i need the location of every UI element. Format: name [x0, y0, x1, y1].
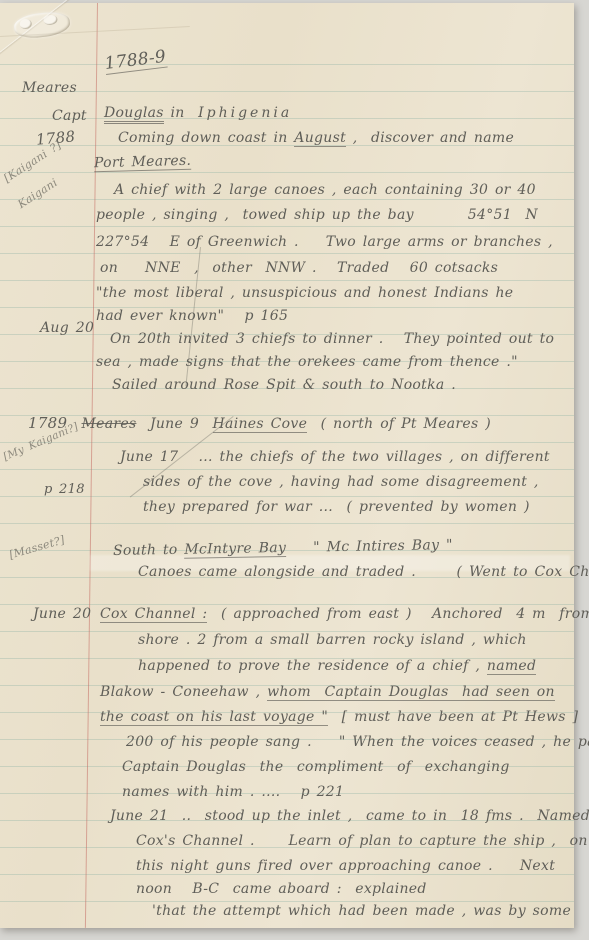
line-coming-down-coast: Coming down coast in August , discover a…	[118, 131, 514, 146]
line-text: noon B-C came aboard : explained	[136, 881, 427, 897]
margin-note-meares: Meares	[22, 81, 77, 96]
line-text: ( approached from east ) Anchored 4 m fr…	[207, 606, 589, 622]
line-text: Captain Douglas the compliment of exchan…	[122, 759, 510, 775]
line-june17-chiefs: June 17 ... the chiefs of the two villag…	[120, 450, 550, 465]
line-text: Canoes came alongside and traded . ( Wen…	[138, 564, 589, 580]
line-rocky-island: shore . 2 from a small barren rocky isla…	[138, 633, 527, 648]
photographed-note-page: Meares Capt 1788 [Kaigani ?] Kaigani Aug…	[0, 0, 589, 940]
line-coordinates: 227°54 E of Greenwich . Two large arms o…	[96, 235, 553, 250]
line-canoes-traded: Canoes came alongside and traded . ( Wen…	[138, 565, 589, 580]
margin-note-text: June 20	[33, 606, 91, 622]
emboss-bump	[43, 14, 58, 26]
line-text: in	[164, 105, 198, 121]
name-douglas: Douglas	[104, 105, 164, 124]
line-june17-war: they prepared for war ... ( prevented by…	[143, 500, 530, 515]
ship-iphigenia: Iphigenia	[198, 105, 292, 121]
place-port-meares: Port Meares.	[94, 153, 192, 173]
line-blakow-coneehaw: Blakow - Coneehaw , whom Captain Douglas…	[100, 685, 555, 700]
line-guns-fired: this night guns fired over approaching c…	[136, 859, 555, 874]
bracket-note-pt-hews: [ must have been at Pt Hews ]	[328, 709, 578, 725]
line-text: sea , made signs that the orekees came f…	[96, 354, 518, 370]
line-made-signs: sea , made signs that the orekees came f…	[96, 355, 518, 370]
line-text: people , singing , towed ship up the bay…	[96, 207, 538, 223]
line-capt-douglas: Douglas in Iphigenia	[104, 106, 292, 121]
line-quote-known-p165: had ever known" p 165	[96, 309, 288, 324]
line-attempt-made: 'that the attempt which had been made , …	[152, 904, 571, 919]
line-came-aboard: noon B-C came aboard : explained	[136, 882, 427, 897]
line-text: Cox's Channel . Learn of plan to capture…	[136, 833, 588, 849]
line-text: June 17 ... the chiefs of the two villag…	[120, 449, 550, 465]
place-mcintyre-bay: McIntyre Bay	[184, 540, 286, 559]
margin-note-aug-20: Aug 20	[40, 321, 94, 336]
line-port-meares: Port Meares.	[94, 154, 192, 172]
line-text: 227°54 E of Greenwich . Two large arms o…	[96, 234, 553, 250]
line-text: ( north of Pt Meares )	[307, 416, 491, 432]
line-text: " Mc Intires Bay "	[286, 537, 453, 556]
line-text: shore . 2 from a small barren rocky isla…	[138, 632, 527, 648]
line-last-voyage: the coast on his last voyage " [ must ha…	[100, 710, 578, 725]
place-cox-channel: Cox Channel :	[100, 606, 207, 623]
paper-sheet: Meares Capt 1788 [Kaigani ?] Kaigani Aug…	[0, 3, 574, 928]
line-text: On 20th invited 3 chiefs to dinner . The…	[110, 331, 554, 347]
margin-note-text: Meares	[22, 80, 77, 96]
margin-note-capt: Capt	[52, 109, 87, 124]
line-text: whom Captain Douglas had seen on	[267, 684, 555, 701]
emboss-bump	[19, 18, 32, 29]
line-june17-disagreement: sides of the cove , having had some disa…	[143, 475, 539, 490]
line-text: Sailed around Rose Spit & south to Nootk…	[112, 377, 456, 393]
line-text: A chief with 2 large canoes , each conta…	[114, 182, 536, 198]
line-text: 'that the attempt which had been made , …	[152, 903, 571, 919]
line-text: happened to prove the residence of a chi…	[138, 658, 487, 674]
margin-note-p218: p 218	[44, 483, 85, 497]
line-text: the coast on his last voyage "	[100, 709, 328, 726]
line-text: South to	[113, 542, 185, 559]
place-haines-cove: Haines Cove	[213, 416, 308, 433]
line-text: names with him . .... p 221	[122, 784, 344, 800]
line-1789-haines-cove: 1789 Meares June 9 Haines Cove ( north o…	[28, 415, 491, 432]
word-named: named	[487, 658, 536, 675]
line-coxs-channel-plan: Cox's Channel . Learn of plan to capture…	[136, 834, 588, 849]
margin-note-text: Capt	[52, 108, 87, 124]
embossed-stamp	[13, 10, 72, 41]
date-june-9: June 9	[136, 416, 212, 432]
line-text: sides of the cove , having had some disa…	[143, 474, 539, 490]
line-traded-cotsacks: on NNE , other NNW . Traded 60 cotsacks	[100, 261, 498, 276]
line-june21-stood-up: June 21 .. stood up the inlet , came to …	[110, 809, 589, 824]
line-towed-ship: people , singing , towed ship up the bay…	[96, 208, 538, 223]
line-text: had ever known" p 165	[96, 308, 288, 324]
line-cox-channel-anchored: Cox Channel : ( approached from east ) A…	[100, 607, 589, 622]
line-quote-liberal: "the most liberal , unsuspicious and hon…	[96, 286, 513, 301]
line-text: this night guns fired over approaching c…	[136, 858, 555, 874]
year-1789: 1789	[28, 414, 82, 432]
line-names-p221: names with him . .... p 221	[122, 785, 344, 800]
name-blakow-coneehaw: Blakow - Coneehaw ,	[100, 684, 267, 700]
line-text: June 21 .. stood up the inlet , came to …	[110, 808, 589, 824]
line-text: , discover and name	[346, 130, 514, 146]
line-chief-canoes: A chief with 2 large canoes , each conta…	[114, 183, 536, 198]
line-text: on NNE , other NNW . Traded 60 cotsacks	[100, 260, 498, 276]
margin-note-text: Aug 20	[40, 320, 94, 336]
line-text: 200 of his people sang . " When the voic…	[126, 734, 589, 750]
line-text: they prepared for war ... ( prevented by…	[143, 499, 530, 515]
word-august: August	[294, 130, 346, 147]
margin-note-text: p 218	[44, 482, 85, 497]
line-text: "the most liberal , unsuspicious and hon…	[96, 285, 513, 301]
line-residence-chief: happened to prove the residence of a chi…	[138, 659, 536, 674]
line-text: Coming down coast in	[118, 130, 294, 146]
line-people-sang: 200 of his people sang . " When the voic…	[126, 735, 589, 750]
line-invited-chiefs: On 20th invited 3 chiefs to dinner . The…	[110, 332, 554, 347]
line-exchanging: Captain Douglas the compliment of exchan…	[122, 760, 510, 775]
margin-note-june-20: June 20	[33, 607, 91, 622]
line-sailed-rose-spit: Sailed around Rose Spit & south to Nootk…	[112, 378, 456, 393]
struck-meares: Meares	[82, 416, 137, 432]
